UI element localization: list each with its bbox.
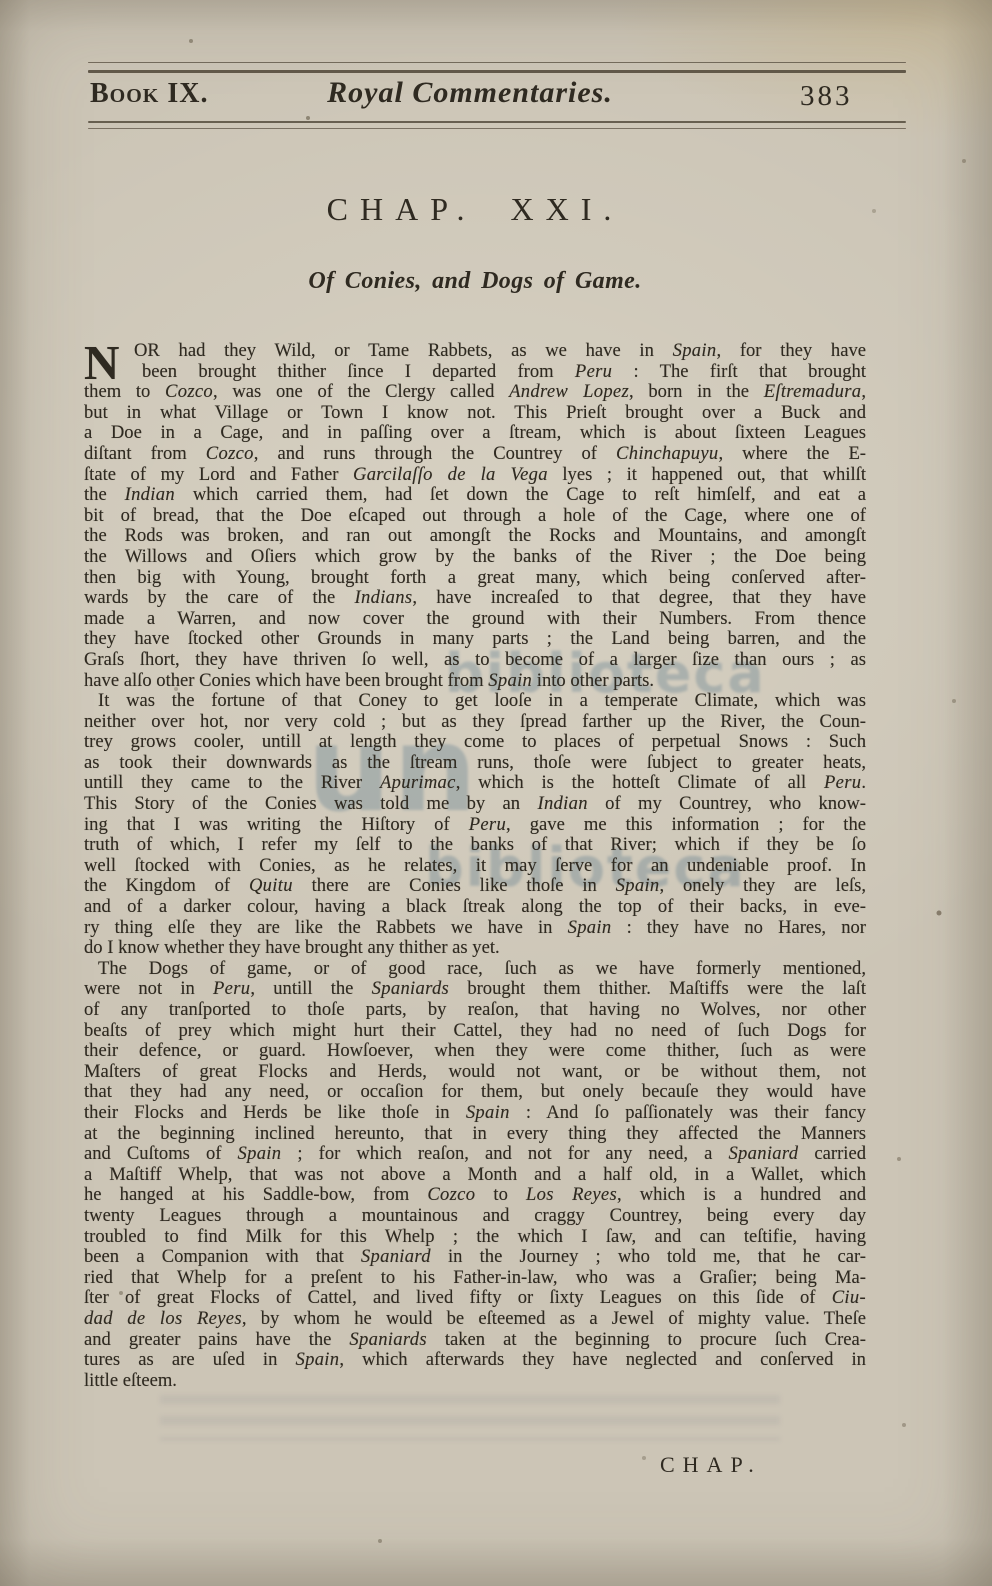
body-text: NOR had they Wild, or Tame Rabbets, as w… xyxy=(84,341,866,1391)
text-line: ry thing elſe they are like the Rabbets … xyxy=(84,918,866,939)
verso-show-through xyxy=(160,1395,780,1441)
text-line: This Story of the Conies was told me by … xyxy=(84,794,866,815)
text-line: troubled to find Milk for this Whelp ; t… xyxy=(84,1227,866,1248)
text-line: made a Warren, and now cover the ground … xyxy=(84,609,866,630)
paragraph: The Dogs of game, or of good race, ſuch … xyxy=(84,959,866,1391)
text-line: well ſtocked with Conies, as he relates,… xyxy=(84,856,866,877)
page-number: 383 xyxy=(800,80,853,113)
text-line: their Flocks and Herds be like thoſe in … xyxy=(84,1103,866,1124)
header-rule-top-thin xyxy=(88,62,906,63)
text-line: It was the fortune of that Coney to get … xyxy=(84,691,866,712)
text-line: tures as are uſed in Spain, which afterw… xyxy=(84,1350,866,1371)
text-line: but in what Village or Town I know not. … xyxy=(84,403,866,424)
catchword: CHAP. xyxy=(660,1452,762,1478)
text-line: them to Cozco, was one of the Clergy cal… xyxy=(84,382,866,403)
text-line: Maſters of great Flocks and Herds, would… xyxy=(84,1062,866,1083)
text-line: the Willows and Oſiers which grow by the… xyxy=(84,547,866,568)
text-line: the Indian which carried them, had ſet d… xyxy=(84,485,866,506)
paragraph: It was the fortune of that Coney to get … xyxy=(84,691,866,959)
paragraph: NOR had they Wild, or Tame Rabbets, as w… xyxy=(84,341,866,691)
drop-cap: N xyxy=(84,342,119,384)
text-line: diſtant from Cozco, and runs through the… xyxy=(84,444,866,465)
book-page-scan: biblioteca un biblioteca Book IX. Royal … xyxy=(0,0,992,1586)
text-line: bit of bread, that the Doe eſcaped out t… xyxy=(84,506,866,527)
text-line: and of a darker colour, having a black ſ… xyxy=(84,897,866,918)
text-line: the Kingdom of Quitu there are Conies li… xyxy=(84,876,866,897)
text-line: neither over hot, nor very cold ; but as… xyxy=(84,712,866,733)
text-line: wards by the care of the Indians, have i… xyxy=(84,588,866,609)
header-rule-bottom-thin xyxy=(88,128,906,129)
text-line: ried that Whelp for a preſent to his Fat… xyxy=(84,1268,866,1289)
text-line: and greater pains have the Spaniards tak… xyxy=(84,1330,866,1351)
chapter-subtitle: Of Conies, and Dogs of Game. xyxy=(84,268,866,295)
text-line: and Cuſtoms of Spain ; for which reaſon,… xyxy=(84,1144,866,1165)
text-line: Graſs ſhort, they have thriven ſo well, … xyxy=(84,650,866,671)
text-line: been brought thither ſince I departed fr… xyxy=(84,362,866,383)
text-line: ſter of great Flocks of Cattel, and live… xyxy=(84,1288,866,1309)
chapter-heading: CHAP. XXI. xyxy=(84,191,866,228)
text-line: the Rods was broken, and ran out amongſt… xyxy=(84,526,866,547)
text-line: The Dogs of game, or of good race, ſuch … xyxy=(84,959,866,980)
text-line: little eſteem. xyxy=(84,1371,866,1392)
text-line: truth of which, I refer my ſelf to the b… xyxy=(84,835,866,856)
text-line: trey grows cooler, untill at length they… xyxy=(84,732,866,753)
text-line: ſtate of my Lord and Father Garcilaſſo d… xyxy=(84,465,866,486)
text-line: he hanged at his Saddle-bow, from Cozco … xyxy=(84,1185,866,1206)
running-title: Royal Commentaries. xyxy=(327,76,613,110)
text-line: as took their downwards as the ſtream ru… xyxy=(84,753,866,774)
text-line: do I know whether they have brought any … xyxy=(84,938,866,959)
text-line: have alſo other Conies which have been b… xyxy=(84,671,866,692)
text-line: dad de los Reyes, by whom he would be eſ… xyxy=(84,1309,866,1330)
text-line: were not in Peru, untill the Spaniards b… xyxy=(84,979,866,1000)
book-label: Book IX. xyxy=(90,78,208,110)
text-line: of any tranſported to thoſe parts, by re… xyxy=(84,1000,866,1021)
text-line: that they had any need, or occaſion for … xyxy=(84,1082,866,1103)
text-line: twenty Leagues through a mountainous and… xyxy=(84,1206,866,1227)
text-line: their defence, or guard. Howſoever, when… xyxy=(84,1041,866,1062)
text-line: ing that I was writing the Hiſtory of Pe… xyxy=(84,815,866,836)
header-rule-top-thick xyxy=(88,70,906,73)
text-line: then big with Young, brought forth a gre… xyxy=(84,568,866,589)
text-line: a Doe in a Cage, and in paſſing over a ſ… xyxy=(84,423,866,444)
text-line: beaſts of prey which might hurt their Ca… xyxy=(84,1021,866,1042)
text-line: untill they came to the River Apurimac, … xyxy=(84,773,866,794)
paper-specks xyxy=(0,0,2,2)
text-line: at the beginning inclined hereunto, that… xyxy=(84,1124,866,1145)
header-rule-bottom-thick xyxy=(88,121,906,123)
text-line: a Maſtiff Whelp, that was not above a Mo… xyxy=(84,1165,866,1186)
text-line: they have ſtocked other Grounds in many … xyxy=(84,629,866,650)
text-line: OR had they Wild, or Tame Rabbets, as we… xyxy=(84,341,866,362)
text-line: been a Companion with that Spaniard in t… xyxy=(84,1247,866,1268)
